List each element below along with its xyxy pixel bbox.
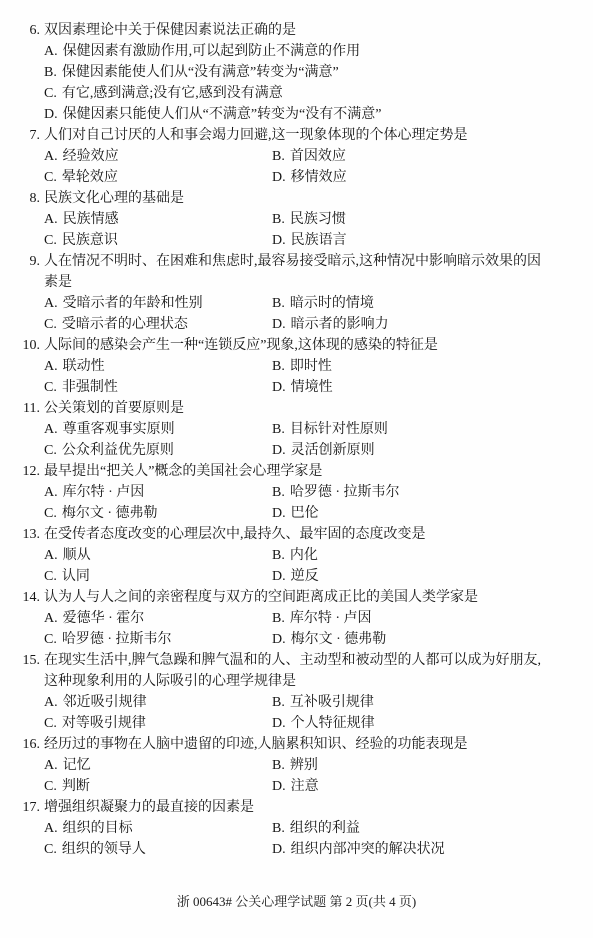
- question: 11.公关策划的首要原则是A.尊重客观事实原则B.目标针对性原则C.公众利益优先…: [0, 398, 587, 461]
- question-stem-text: 经历过的事物在人脑中遗留的印迹,人脑累积知识、经验的功能表现是: [44, 737, 468, 752]
- question-stem-text: 素是: [44, 275, 72, 290]
- question-stem-line: 11.公关策划的首要原则是: [0, 398, 587, 419]
- question-stem-line: 13.在受传者态度改变的心理层次中,最持久、最牢固的态度改变是: [0, 524, 587, 545]
- option-row: B.保健因素能使人们从“没有满意”转变为“满意”: [0, 62, 587, 83]
- option-label: B.: [272, 359, 285, 374]
- option-row: A.组织的目标B.组织的利益: [0, 818, 587, 839]
- option-label: D.: [272, 380, 286, 395]
- option-label: D.: [272, 233, 286, 248]
- option-text: 民族语言: [291, 233, 347, 248]
- option-text: 尊重客观事实原则: [63, 422, 175, 437]
- option: B.民族习惯: [272, 209, 346, 230]
- option: B.辨别: [272, 755, 318, 776]
- option-label: D.: [272, 779, 286, 794]
- option: A.联动性: [44, 356, 272, 377]
- option-label: A.: [44, 296, 58, 311]
- question-stem-text: 双因素理论中关于保健因素说法正确的是: [44, 23, 296, 38]
- option-label: A.: [44, 422, 58, 437]
- option: D.注意: [272, 776, 319, 797]
- option-label: D.: [272, 443, 286, 458]
- question-stem-text: 增强组织凝聚力的最直接的因素是: [44, 800, 254, 815]
- option: B.内化: [272, 545, 318, 566]
- option: D.情境性: [272, 377, 333, 398]
- option-label: D.: [272, 842, 286, 857]
- option: D.逆反: [272, 566, 319, 587]
- question: 15.在现实生活中,脾气急躁和脾气温和的人、主动型和被动型的人都可以成为好朋友,…: [0, 650, 587, 734]
- option-label: A.: [44, 44, 58, 59]
- question-stem-text: 公关策划的首要原则是: [44, 401, 184, 416]
- option-label: D.: [272, 632, 286, 647]
- question-stem-text: 在现实生活中,脾气急躁和脾气温和的人、主动型和被动型的人都可以成为好朋友,: [44, 653, 541, 668]
- question-stem-line: 15.在现实生活中,脾气急躁和脾气温和的人、主动型和被动型的人都可以成为好朋友,: [0, 650, 587, 671]
- option-text: 巴伦: [291, 506, 319, 521]
- option-label: B.: [44, 65, 57, 80]
- option: B.首因效应: [272, 146, 346, 167]
- option-text: 库尔特 · 卢因: [290, 611, 372, 626]
- option-label: A.: [44, 821, 58, 836]
- option-text: 暗示时的情境: [290, 296, 374, 311]
- option-text: 组织的领导人: [62, 842, 146, 857]
- option-text: 民族意识: [62, 233, 118, 248]
- option-text: 灵活创新原则: [291, 443, 375, 458]
- exam-page: 6.双因素理论中关于保健因素说法正确的是A.保健因素有激励作用,可以起到防止不满…: [0, 0, 593, 938]
- question-number: 12.: [0, 461, 40, 482]
- option-label: B.: [272, 548, 285, 563]
- option-label: B.: [272, 296, 285, 311]
- option-text: 记忆: [63, 758, 91, 773]
- option-row: C.认同D.逆反: [0, 566, 587, 587]
- option-text: 组织内部冲突的解决状况: [291, 842, 445, 857]
- option-text: 爱德华 · 霍尔: [63, 611, 145, 626]
- option-text: 库尔特 · 卢因: [63, 485, 145, 500]
- option-label: A.: [44, 212, 58, 227]
- question: 7.人们对自己讨厌的人和事会竭力回避,这一现象体现的个体心理定势是A.经验效应B…: [0, 125, 587, 188]
- question-stem-line: 7.人们对自己讨厌的人和事会竭力回避,这一现象体现的个体心理定势是: [0, 125, 587, 146]
- question-number: 11.: [0, 398, 40, 419]
- option-text: 哈罗德 · 拉斯韦尔: [290, 485, 400, 500]
- question-stem-text: 认为人与人之间的亲密程度与双方的空间距离成正比的美国人类学家是: [44, 590, 478, 605]
- option-row: D.保健因素只能使人们从“不满意”转变为“没有不满意”: [0, 104, 587, 125]
- question-number: 17.: [0, 797, 40, 818]
- option-label: B.: [272, 611, 285, 626]
- option-row: A.库尔特 · 卢因B.哈罗德 · 拉斯韦尔: [0, 482, 587, 503]
- question-stem-text: 人们对自己讨厌的人和事会竭力回避,这一现象体现的个体心理定势是: [44, 128, 468, 143]
- question: 14.认为人与人之间的亲密程度与双方的空间距离成正比的美国人类学家是A.爱德华 …: [0, 587, 587, 650]
- option-row: C.民族意识D.民族语言: [0, 230, 587, 251]
- option-label: D.: [272, 317, 286, 332]
- option-row: C.梅尔文 · 德弗勒D.巴伦: [0, 503, 587, 524]
- option-text: 组织的目标: [63, 821, 133, 836]
- option: D.移情效应: [272, 167, 347, 188]
- option: C.哈罗德 · 拉斯韦尔: [44, 629, 272, 650]
- option-label: B.: [272, 149, 285, 164]
- page-footer: 浙 00643# 公关心理学试题 第 2 页(共 4 页): [0, 893, 593, 911]
- question-stem-text: 最早提出“把关人”概念的美国社会心理学家是: [44, 464, 322, 479]
- question-stem-text: 在受传者态度改变的心理层次中,最持久、最牢固的态度改变是: [44, 527, 426, 542]
- option-label: D.: [44, 107, 58, 122]
- option: B.暗示时的情境: [272, 293, 374, 314]
- option-label: A.: [44, 611, 58, 626]
- option: C.受暗示者的心理状态: [44, 314, 272, 335]
- option-text: 内化: [290, 548, 318, 563]
- option-row: A.邻近吸引规律B.互补吸引规律: [0, 692, 587, 713]
- option-text: 辨别: [290, 758, 318, 773]
- option: D.个人特征规律: [272, 713, 375, 734]
- option-label: C.: [44, 443, 57, 458]
- option: C.对等吸引规律: [44, 713, 272, 734]
- option-text: 顺从: [63, 548, 91, 563]
- option: A.顺从: [44, 545, 272, 566]
- question-stem-line: 12.最早提出“把关人”概念的美国社会心理学家是: [0, 461, 587, 482]
- option: D.灵活创新原则: [272, 440, 375, 461]
- option-label: C.: [44, 716, 57, 731]
- option: C.判断: [44, 776, 272, 797]
- option-text: 梅尔文 · 德弗勒: [291, 632, 387, 647]
- option-text: 目标针对性原则: [290, 422, 388, 437]
- option-label: C.: [44, 779, 57, 794]
- question: 12.最早提出“把关人”概念的美国社会心理学家是A.库尔特 · 卢因B.哈罗德 …: [0, 461, 587, 524]
- option-label: A.: [44, 695, 58, 710]
- option-text: 梅尔文 · 德弗勒: [62, 506, 158, 521]
- option-label: B.: [272, 422, 285, 437]
- option: A.民族情感: [44, 209, 272, 230]
- option-row: A.顺从B.内化: [0, 545, 587, 566]
- option-label: A.: [44, 359, 58, 374]
- option-label: C.: [44, 506, 57, 521]
- option: B.组织的利益: [272, 818, 360, 839]
- option-text: 民族习惯: [290, 212, 346, 227]
- option-text: 联动性: [63, 359, 105, 374]
- option-text: 个人特征规律: [291, 716, 375, 731]
- option-row: C.组织的领导人D.组织内部冲突的解决状况: [0, 839, 587, 860]
- option: A.保健因素有激励作用,可以起到防止不满意的作用: [44, 41, 360, 62]
- question: 13.在受传者态度改变的心理层次中,最持久、最牢固的态度改变是A.顺从B.内化C…: [0, 524, 587, 587]
- option-text: 哈罗德 · 拉斯韦尔: [62, 632, 172, 647]
- question-number: 13.: [0, 524, 40, 545]
- option-label: C.: [44, 317, 57, 332]
- option-text: 互补吸引规律: [290, 695, 374, 710]
- option-label: D.: [272, 569, 286, 584]
- question-stem-line: 8.民族文化心理的基础是: [0, 188, 587, 209]
- option-text: 公众利益优先原则: [62, 443, 174, 458]
- option: C.有它,感到满意;没有它,感到没有满意: [44, 83, 283, 104]
- option-text: 非强制性: [62, 380, 118, 395]
- option-label: C.: [44, 380, 57, 395]
- option-text: 注意: [291, 779, 319, 794]
- option-text: 认同: [62, 569, 90, 584]
- option-text: 经验效应: [63, 149, 119, 164]
- option-label: B.: [272, 821, 285, 836]
- question-stem-continuation: 这种现象利用的人际吸引的心理学规律是: [0, 671, 587, 692]
- option-row: A.联动性B.即时性: [0, 356, 587, 377]
- option: B.互补吸引规律: [272, 692, 374, 713]
- option-text: 保健因素只能使人们从“不满意”转变为“没有不满意”: [63, 107, 382, 122]
- option-text: 受暗示者的心理状态: [62, 317, 188, 332]
- option-row: C.判断D.注意: [0, 776, 587, 797]
- option: C.非强制性: [44, 377, 272, 398]
- option-label: B.: [272, 758, 285, 773]
- option: A.经验效应: [44, 146, 272, 167]
- option: D.巴伦: [272, 503, 319, 524]
- option-row: C.有它,感到满意;没有它,感到没有满意: [0, 83, 587, 104]
- option-text: 判断: [62, 779, 90, 794]
- option: D.组织内部冲突的解决状况: [272, 839, 445, 860]
- question-number: 7.: [0, 125, 40, 146]
- option-row: C.受暗示者的心理状态D.暗示者的影响力: [0, 314, 587, 335]
- question: 17.增强组织凝聚力的最直接的因素是A.组织的目标B.组织的利益C.组织的领导人…: [0, 797, 587, 860]
- option: D.暗示者的影响力: [272, 314, 389, 335]
- option-text: 民族情感: [63, 212, 119, 227]
- question-stem-continuation: 素是: [0, 272, 587, 293]
- option: C.梅尔文 · 德弗勒: [44, 503, 272, 524]
- option-row: C.对等吸引规律D.个人特征规律: [0, 713, 587, 734]
- question: 10.人际间的感染会产生一种“连锁反应”现象,这体现的感染的特征是A.联动性B.…: [0, 335, 587, 398]
- option-row: A.受暗示者的年龄和性别B.暗示时的情境: [0, 293, 587, 314]
- questions-list: 6.双因素理论中关于保健因素说法正确的是A.保健因素有激励作用,可以起到防止不满…: [0, 20, 587, 860]
- question: 8.民族文化心理的基础是A.民族情感B.民族习惯C.民族意识D.民族语言: [0, 188, 587, 251]
- question-number: 6.: [0, 20, 40, 41]
- option-text: 组织的利益: [290, 821, 360, 836]
- option-text: 邻近吸引规律: [63, 695, 147, 710]
- option-label: A.: [44, 548, 58, 563]
- option-text: 逆反: [291, 569, 319, 584]
- option-label: B.: [272, 695, 285, 710]
- option-label: D.: [272, 716, 286, 731]
- option-text: 保健因素有激励作用,可以起到防止不满意的作用: [63, 44, 361, 59]
- option: C.晕轮效应: [44, 167, 272, 188]
- option-row: C.公众利益优先原则D.灵活创新原则: [0, 440, 587, 461]
- option: A.记忆: [44, 755, 272, 776]
- option: B.库尔特 · 卢因: [272, 608, 372, 629]
- option: C.组织的领导人: [44, 839, 272, 860]
- option: A.组织的目标: [44, 818, 272, 839]
- option-label: B.: [272, 212, 285, 227]
- option-row: A.尊重客观事实原则B.目标针对性原则: [0, 419, 587, 440]
- option-row: A.民族情感B.民族习惯: [0, 209, 587, 230]
- option: D.民族语言: [272, 230, 347, 251]
- question-stem-text: 民族文化心理的基础是: [44, 191, 184, 206]
- option-label: A.: [44, 485, 58, 500]
- question-number: 10.: [0, 335, 40, 356]
- question-stem-text: 这种现象利用的人际吸引的心理学规律是: [44, 674, 296, 689]
- option-label: A.: [44, 758, 58, 773]
- question-stem-line: 9.人在情况不明时、在困难和焦虑时,最容易接受暗示,这种情况中影响暗示效果的因: [0, 251, 587, 272]
- option-row: A.经验效应B.首因效应: [0, 146, 587, 167]
- question-stem-line: 17.增强组织凝聚力的最直接的因素是: [0, 797, 587, 818]
- option-text: 情境性: [291, 380, 333, 395]
- question-stem-line: 6.双因素理论中关于保健因素说法正确的是: [0, 20, 587, 41]
- option-label: A.: [44, 149, 58, 164]
- option-text: 首因效应: [290, 149, 346, 164]
- question-number: 14.: [0, 587, 40, 608]
- option-text: 即时性: [290, 359, 332, 374]
- option: B.保健因素能使人们从“没有满意”转变为“满意”: [44, 62, 339, 83]
- question-stem-text: 人际间的感染会产生一种“连锁反应”现象,这体现的感染的特征是: [44, 338, 438, 353]
- option: D.梅尔文 · 德弗勒: [272, 629, 386, 650]
- option: C.民族意识: [44, 230, 272, 251]
- option: C.公众利益优先原则: [44, 440, 272, 461]
- option-label: C.: [44, 569, 57, 584]
- option-row: A.爱德华 · 霍尔B.库尔特 · 卢因: [0, 608, 587, 629]
- option: A.受暗示者的年龄和性别: [44, 293, 272, 314]
- option: D.保健因素只能使人们从“不满意”转变为“没有不满意”: [44, 104, 381, 125]
- option-text: 暗示者的影响力: [291, 317, 389, 332]
- option-text: 受暗示者的年龄和性别: [63, 296, 203, 311]
- question-stem-line: 10.人际间的感染会产生一种“连锁反应”现象,这体现的感染的特征是: [0, 335, 587, 356]
- option: C.认同: [44, 566, 272, 587]
- question-number: 8.: [0, 188, 40, 209]
- question: 6.双因素理论中关于保健因素说法正确的是A.保健因素有激励作用,可以起到防止不满…: [0, 20, 587, 125]
- option-label: B.: [272, 485, 285, 500]
- option: B.即时性: [272, 356, 332, 377]
- question-stem-text: 人在情况不明时、在困难和焦虑时,最容易接受暗示,这种情况中影响暗示效果的因: [44, 254, 541, 269]
- option-text: 保健因素能使人们从“没有满意”转变为“满意”: [62, 65, 339, 80]
- option-label: D.: [272, 170, 286, 185]
- question-number: 9.: [0, 251, 40, 272]
- option-label: C.: [44, 233, 57, 248]
- option-row: C.非强制性D.情境性: [0, 377, 587, 398]
- question-number: 16.: [0, 734, 40, 755]
- option: A.库尔特 · 卢因: [44, 482, 272, 503]
- question: 9.人在情况不明时、在困难和焦虑时,最容易接受暗示,这种情况中影响暗示效果的因素…: [0, 251, 587, 335]
- option-label: D.: [272, 506, 286, 521]
- option-label: C.: [44, 632, 57, 647]
- option-label: C.: [44, 842, 57, 857]
- question-stem-line: 14.认为人与人之间的亲密程度与双方的空间距离成正比的美国人类学家是: [0, 587, 587, 608]
- option: B.哈罗德 · 拉斯韦尔: [272, 482, 400, 503]
- question-stem-line: 16.经历过的事物在人脑中遗留的印迹,人脑累积知识、经验的功能表现是: [0, 734, 587, 755]
- option-text: 晕轮效应: [62, 170, 118, 185]
- option: A.爱德华 · 霍尔: [44, 608, 272, 629]
- option-row: A.保健因素有激励作用,可以起到防止不满意的作用: [0, 41, 587, 62]
- option-row: C.晕轮效应D.移情效应: [0, 167, 587, 188]
- option-label: C.: [44, 86, 57, 101]
- option-text: 移情效应: [291, 170, 347, 185]
- option-text: 对等吸引规律: [62, 716, 146, 731]
- option: A.邻近吸引规律: [44, 692, 272, 713]
- option: B.目标针对性原则: [272, 419, 388, 440]
- option-label: C.: [44, 170, 57, 185]
- option-text: 有它,感到满意;没有它,感到没有满意: [62, 86, 283, 101]
- option-row: A.记忆B.辨别: [0, 755, 587, 776]
- question: 16.经历过的事物在人脑中遗留的印迹,人脑累积知识、经验的功能表现是A.记忆B.…: [0, 734, 587, 797]
- option-row: C.哈罗德 · 拉斯韦尔D.梅尔文 · 德弗勒: [0, 629, 587, 650]
- option: A.尊重客观事实原则: [44, 419, 272, 440]
- question-number: 15.: [0, 650, 40, 671]
